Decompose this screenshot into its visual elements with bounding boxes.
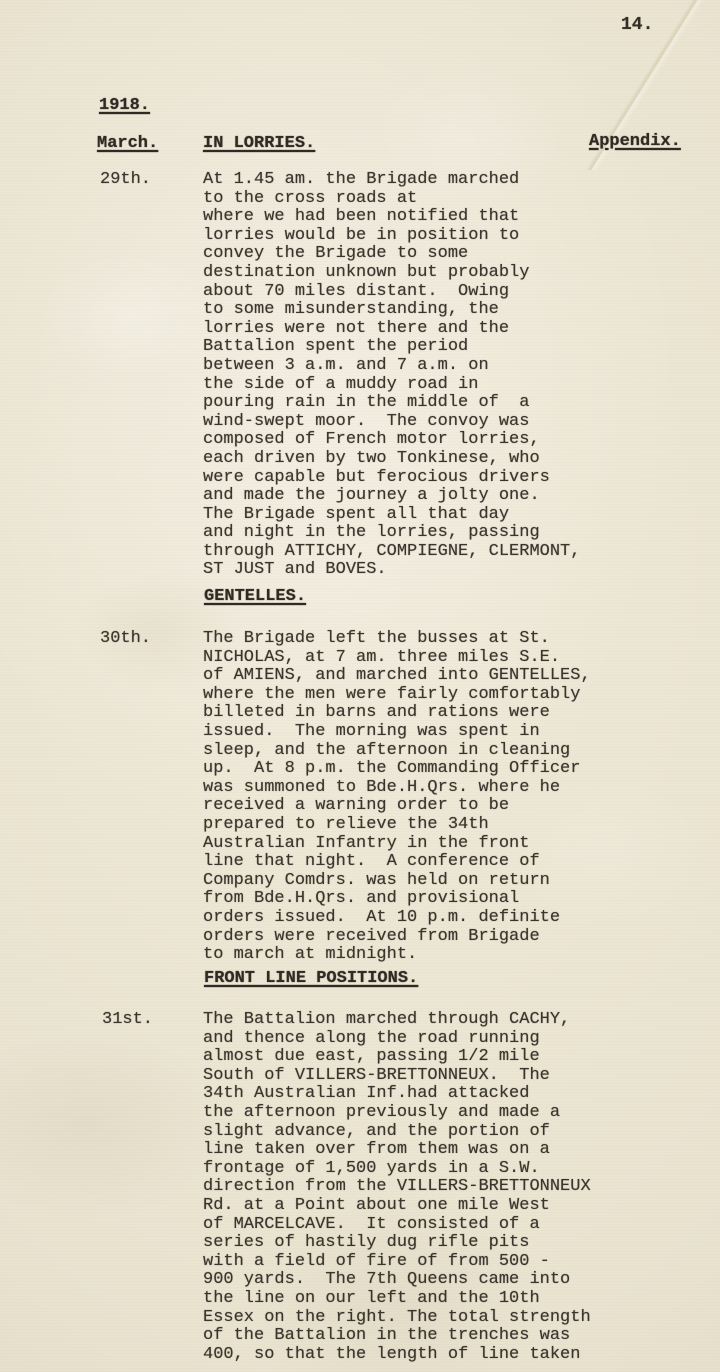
month-label: March. [97,135,158,154]
entry-date-30th: 30th. [100,630,151,649]
entry-date-29th: 29th. [100,171,151,190]
entry-body-30th: The Brigade left the busses at St. NICHO… [203,630,591,965]
section-heading-in-lorries: IN LORRIES. [203,135,315,154]
entry-body-31st: The Battalion marched through CACHY, and… [203,1011,591,1364]
page-number: 14. [621,16,653,35]
year-heading: 1918. [99,97,150,116]
section-heading-gentelles: GENTELLES. [204,588,306,607]
entry-body-29th: At 1.45 am. the Brigade marched to the c… [203,171,580,580]
entry-date-31st: 31st. [102,1011,153,1030]
section-heading-front-line-positions: FRONT LINE POSITIONS. [204,970,418,989]
appendix-label: Appendix. [589,133,681,152]
war-diary-page: 14. 1918. March. IN LORRIES. Appendix. 2… [0,0,720,1372]
